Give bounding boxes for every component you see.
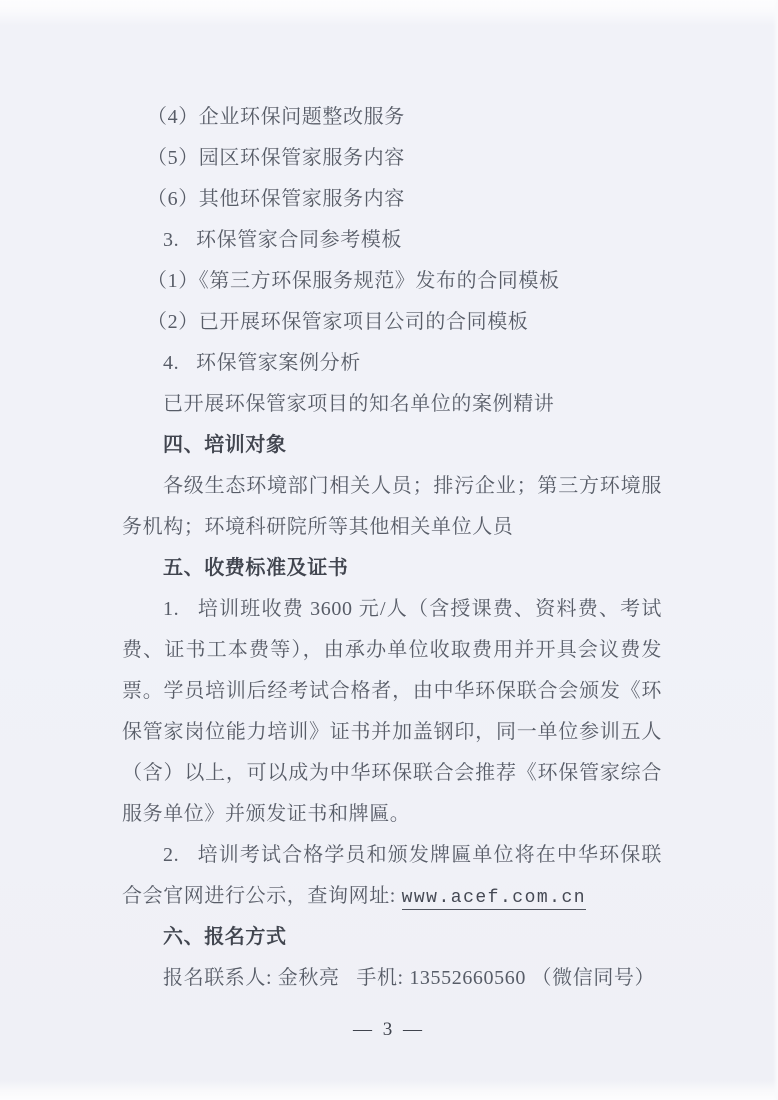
line-text: 报名联系人: 金秋亮 手机: 13552660560 （微信同号） — [163, 967, 655, 989]
line-text: （4）企业环保问题整改服务 — [147, 106, 405, 128]
line-text: 务机构；环境科研院所等其他相关单位人员 — [122, 516, 513, 538]
line-text: 1. 培训班收费 3600 元/人（含授课费、资料费、考试 — [163, 598, 662, 620]
text-line: （2）已开展环保管家项目公司的合同模板 — [122, 302, 662, 343]
line-text: 4. 环保管家案例分析 — [163, 352, 361, 374]
section-heading: 六、报名方式 — [122, 917, 662, 958]
section-heading: 五、收费标准及证书 — [122, 548, 662, 589]
text-line: 2. 培训考试合格学员和颁发牌匾单位将在中华环保联 — [122, 835, 662, 876]
text-line: 保管家岗位能力培训》证书并加盖钢印，同一单位参训五人 — [122, 712, 662, 753]
scanned-document-page: （4）企业环保问题整改服务（5）园区环保管家服务内容（6）其他环保管家服务内容3… — [0, 0, 778, 1100]
text-line: 务机构；环境科研院所等其他相关单位人员 — [122, 507, 662, 548]
line-text: 各级生态环境部门相关人员；排污企业；第三方环境服 — [163, 475, 662, 497]
line-text: 五、收费标准及证书 — [163, 557, 348, 579]
text-line: 票。学员培训后经考试合格者，由中华环保联合会颁发《环 — [122, 671, 662, 712]
line-text: （含）以上，可以成为中华环保联合会推荐《环保管家综合 — [122, 762, 662, 784]
text-line: （4）企业环保问题整改服务 — [122, 97, 662, 138]
text-line: 1. 培训班收费 3600 元/人（含授课费、资料费、考试 — [122, 589, 662, 630]
line-text: （1）《第三方环保服务规范》发布的合同模板 — [147, 270, 560, 292]
text-line: 费、证书工本费等），由承办单位收取费用并开具会议费发 — [122, 630, 662, 671]
text-line: 合会官网进行公示，查询网址: www.acef.com.cn — [122, 876, 662, 917]
line-text: 2. 培训考试合格学员和颁发牌匾单位将在中华环保联 — [163, 844, 662, 866]
line-text: 四、培训对象 — [163, 434, 287, 456]
line-text: 六、报名方式 — [163, 926, 287, 948]
text-line: 各级生态环境部门相关人员；排污企业；第三方环境服 — [122, 466, 662, 507]
text-line: （6）其他环保管家服务内容 — [122, 179, 662, 220]
line-text: 合会官网进行公示，查询网址: — [122, 885, 402, 907]
line-text: 已开展环保管家项目的知名单位的案例精讲 — [163, 393, 554, 415]
document-body: （4）企业环保问题整改服务（5）园区环保管家服务内容（6）其他环保管家服务内容3… — [122, 97, 662, 999]
text-line: （含）以上，可以成为中华环保联合会推荐《环保管家综合 — [122, 753, 662, 794]
text-line: 4. 环保管家案例分析 — [122, 343, 662, 384]
scan-edge — [773, 0, 778, 1100]
line-text: 票。学员培训后经考试合格者，由中华环保联合会颁发《环 — [122, 680, 662, 702]
text-line: 已开展环保管家项目的知名单位的案例精讲 — [122, 384, 662, 425]
line-text: （2）已开展环保管家项目公司的合同模板 — [147, 311, 528, 333]
page-number: — 3 — — [0, 1019, 778, 1041]
line-text: 3. 环保管家合同参考模板 — [163, 229, 402, 251]
text-line: 服务单位》并颁发证书和牌匾。 — [122, 794, 662, 835]
text-line: （5）园区环保管家服务内容 — [122, 138, 662, 179]
website-url: www.acef.com.cn — [402, 888, 587, 910]
text-line: （1）《第三方环保服务规范》发布的合同模板 — [122, 261, 662, 302]
text-line: 3. 环保管家合同参考模板 — [122, 220, 662, 261]
text-line: 报名联系人: 金秋亮 手机: 13552660560 （微信同号） — [122, 958, 662, 999]
line-text: 服务单位》并颁发证书和牌匾。 — [122, 803, 410, 825]
section-heading: 四、培训对象 — [122, 425, 662, 466]
line-text: （5）园区环保管家服务内容 — [147, 147, 405, 169]
line-text: 费、证书工本费等），由承办单位收取费用并开具会议费发 — [122, 639, 662, 661]
line-text: （6）其他环保管家服务内容 — [147, 188, 405, 210]
line-text: 保管家岗位能力培训》证书并加盖钢印，同一单位参训五人 — [122, 721, 662, 743]
